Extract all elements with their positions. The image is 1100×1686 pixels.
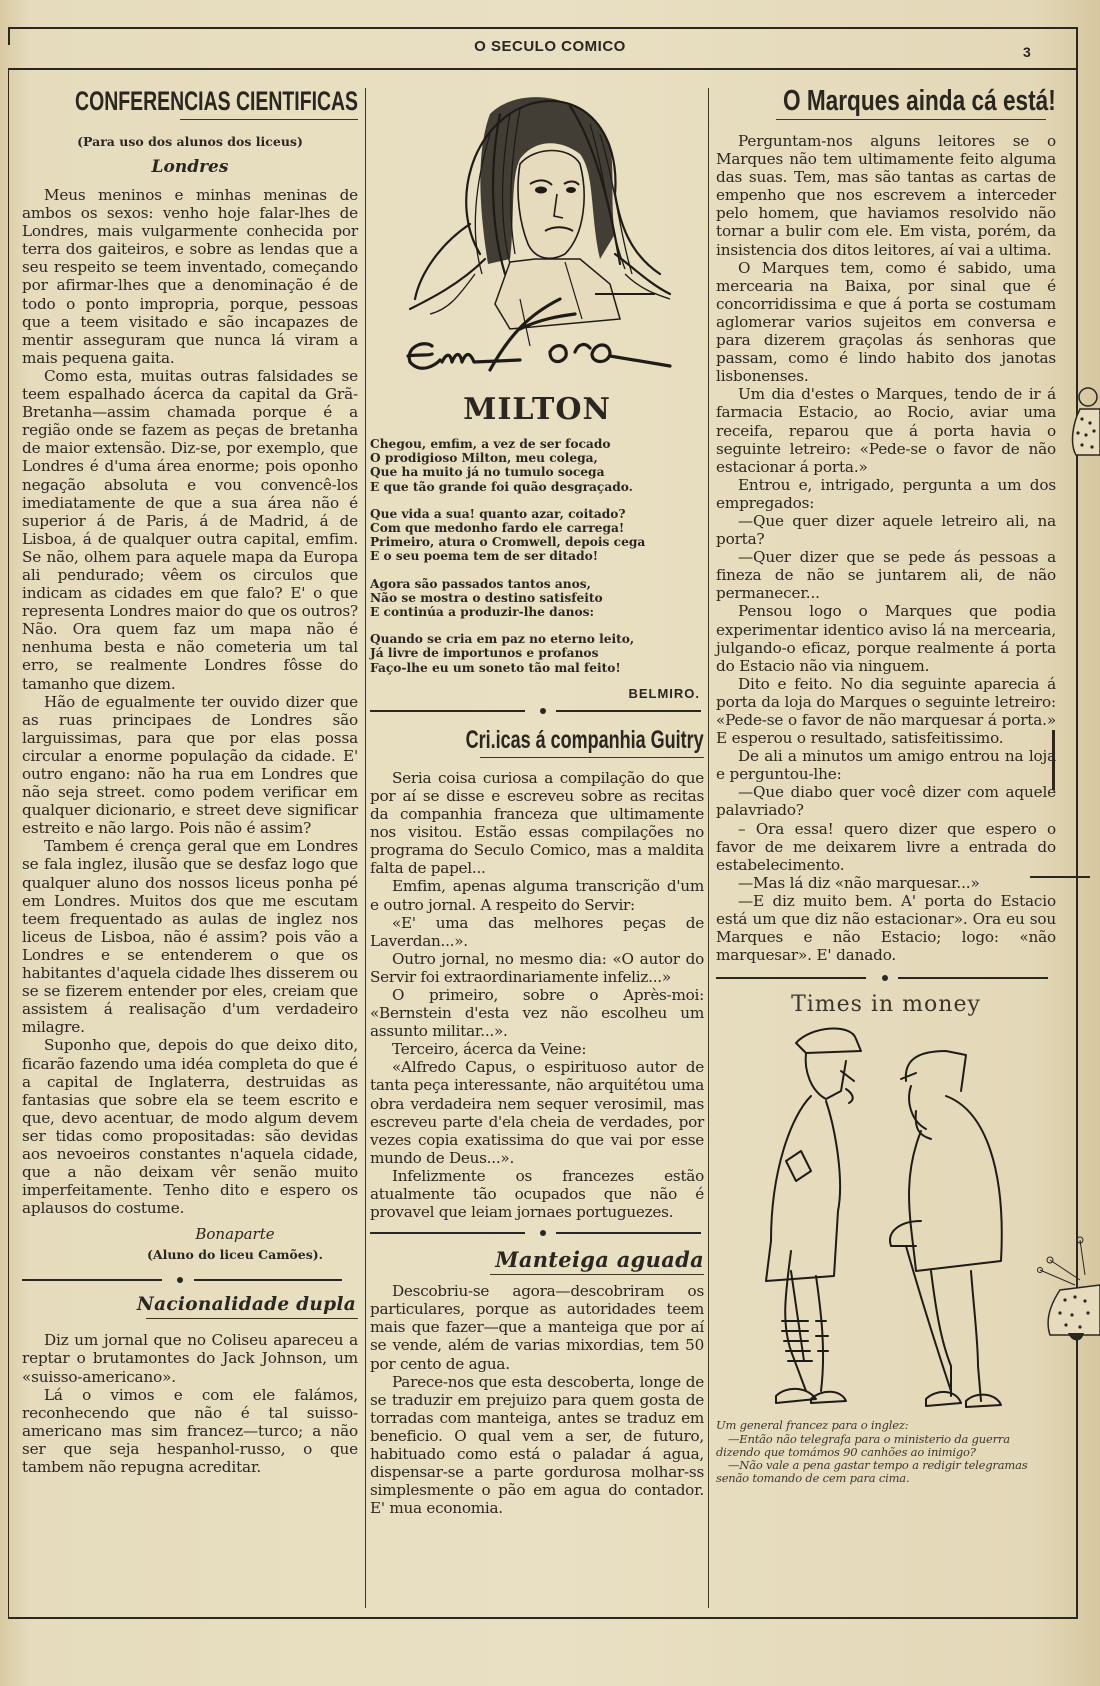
article-signature: Bonaparte bbox=[22, 1225, 358, 1243]
nacionalidade-body: Diz um jornal que no Coliseu apareceu a … bbox=[22, 1331, 358, 1476]
poem-line: O prodigioso Milton, meu colega, bbox=[370, 451, 704, 465]
column-divider-right bbox=[708, 88, 709, 1608]
ornament-divider bbox=[716, 974, 1056, 982]
poem-title: MILTON bbox=[370, 392, 704, 427]
heading-underline bbox=[480, 757, 704, 758]
margin-mark bbox=[1030, 876, 1090, 878]
cartoon-drawing-icon bbox=[716, 1021, 1056, 1421]
paragraph: – Ora essa! quero dizer que espero o fav… bbox=[716, 820, 1056, 874]
paragraph: Seria coisa curiosa a compilação do que … bbox=[370, 769, 704, 878]
cartoon-caption: Um general francez para o inglez: —Então… bbox=[716, 1419, 1056, 1485]
page-number: 3 bbox=[1023, 44, 1031, 60]
paragraph: Dito e feito. No dia seguinte aparecia á… bbox=[716, 675, 1056, 747]
conferencias-subtitle: (Para uso dos alunos dos liceus) bbox=[22, 134, 358, 149]
poem-stanza: Chegou, emfim, a vez de ser focado O pro… bbox=[370, 437, 704, 494]
poem-line: Primeiro, atura o Cromwell, depois cega bbox=[370, 535, 704, 549]
paragraph: Parece-nos que esta descoberta, longe de… bbox=[370, 1373, 704, 1518]
margin-doll-illustration-bottom bbox=[1030, 1235, 1100, 1345]
heading-underline bbox=[490, 1274, 704, 1275]
column-divider-left bbox=[365, 88, 366, 1608]
signature-note: (Aluno do liceu Camões). bbox=[22, 1247, 358, 1262]
paragraph: «E' uma das melhores peças de Laverdan..… bbox=[370, 914, 704, 950]
margin-mark bbox=[1052, 730, 1055, 790]
frame-left bbox=[8, 70, 9, 1618]
paragraph: Terceiro, ácerca da Veine: bbox=[370, 1040, 704, 1058]
poem-line: E continúa a produzir-lhe danos: bbox=[370, 605, 704, 619]
paragraph: Meus meninos e minhas meninas de ambos o… bbox=[22, 186, 358, 367]
paragraph: Pensou logo o Marques que podia experime… bbox=[716, 602, 1056, 674]
middle-column: MILTON Chegou, emfim, a vez de ser focad… bbox=[370, 84, 704, 1517]
poem-line: Chegou, emfim, a vez de ser focado bbox=[370, 437, 704, 451]
poem-line: Que vida a sua! quanto azar, coitado? bbox=[370, 507, 704, 521]
paragraph: De ali a minutos um amigo entrou na loja… bbox=[716, 747, 1056, 783]
heading-underline bbox=[180, 119, 358, 120]
poem-stanza: Quando se cria em paz no eterno leito, J… bbox=[370, 632, 704, 675]
cartoon-title: Times in money bbox=[716, 992, 1056, 1017]
caption-line: —Não vale a pena gastar tempo a redigir … bbox=[716, 1459, 1044, 1485]
paragraph: Perguntam-nos alguns leitores se o Marqu… bbox=[716, 132, 1056, 259]
milton-poem: Chegou, emfim, a vez de ser focado O pro… bbox=[370, 437, 704, 675]
paragraph: Diz um jornal que no Coliseu apareceu a … bbox=[22, 1331, 358, 1385]
ornament-divider bbox=[370, 1229, 704, 1237]
heading-underline bbox=[146, 1318, 358, 1319]
paragraph: Outro jornal, no mesmo dia: «O autor do … bbox=[370, 950, 704, 986]
poem-line: Agora são passados tantos anos, bbox=[370, 577, 704, 591]
ornament-divider bbox=[370, 707, 704, 715]
poem-line: E o seu poema tem de ser ditado! bbox=[370, 549, 704, 563]
paragraph: Tambem é crença geral que em Londres se … bbox=[22, 837, 358, 1036]
header-bottom-rule bbox=[8, 68, 1076, 70]
manteiga-body: Descobriu-se agora—descobriram os partic… bbox=[370, 1282, 704, 1517]
caption-line: —Então não telegrafa para o ministerio d… bbox=[716, 1433, 1044, 1459]
paragraph: —Que quer dizer aquele letreiro ali, na … bbox=[716, 512, 1056, 548]
header-top-rule bbox=[8, 27, 1076, 29]
poem-line: Faço-lhe eu um soneto tão mal feito! bbox=[370, 661, 704, 675]
paragraph: O Marques tem, como é sabido, uma mercea… bbox=[716, 259, 1056, 386]
poem-line: E que tão grande foi quão desgraçado. bbox=[370, 480, 704, 494]
conferencias-heading: CONFERENCIAS CIENTIFICAS bbox=[75, 86, 358, 116]
times-in-money-cartoon bbox=[716, 1021, 1056, 1421]
newspaper-page: O SECULO COMICO 3 CONFERENCIAS CIENTIFIC… bbox=[0, 0, 1100, 1686]
doll-figure-icon bbox=[1070, 385, 1100, 465]
masthead-title: O SECULO COMICO bbox=[0, 38, 1100, 55]
marques-article-body: Perguntam-nos alguns leitores se o Marqu… bbox=[716, 132, 1056, 964]
manteiga-heading: Manteiga aguada bbox=[370, 1247, 704, 1272]
left-column: CONFERENCIAS CIENTIFICAS (Para uso dos a… bbox=[22, 84, 358, 1476]
londres-title: Londres bbox=[22, 157, 358, 177]
poem-line: Não se mostra o destino satisfeito bbox=[370, 591, 704, 605]
milton-portrait-illustration bbox=[370, 84, 704, 394]
paragraph: —E diz muito bem. A' porta do Estacio es… bbox=[716, 892, 1056, 964]
paragraph: Hão de egualmente ter ouvido dizer que a… bbox=[22, 693, 358, 838]
critics-heading: Cri.icas á companhia Guitry bbox=[466, 725, 704, 755]
londres-article-body: Meus meninos e minhas meninas de ambos o… bbox=[22, 186, 358, 1217]
marques-heading: O Marques ainda cá está! bbox=[783, 86, 1056, 116]
paragraph: Lá o vimos e com ele falámos, reconhecen… bbox=[22, 1386, 358, 1476]
paragraph: —Que diabo quer você dizer com aquele pa… bbox=[716, 783, 1056, 819]
doll-figure-icon bbox=[1030, 1235, 1100, 1345]
nacionalidade-heading: Nacionalidade dupla bbox=[22, 1294, 358, 1315]
paragraph: Um dia d'estes o Marques, tendo de ir á … bbox=[716, 385, 1056, 475]
portrait-drawing-icon bbox=[370, 84, 704, 384]
paragraph: —Quer dizer que se pede ás pessoas a fin… bbox=[716, 548, 1056, 602]
paragraph: Como esta, muitas outras falsidades se t… bbox=[22, 367, 358, 693]
paragraph: O primeiro, sobre o Après-moi: «Bernstei… bbox=[370, 986, 704, 1040]
poem-stanza: Que vida a sua! quanto azar, coitado? Co… bbox=[370, 507, 704, 564]
paragraph: —Mas lá diz «não marquesar...» bbox=[716, 874, 1056, 892]
paragraph: Suponho que, depois do que deixo dito, f… bbox=[22, 1036, 358, 1217]
poem-author: BELMIRO. bbox=[370, 686, 704, 701]
paragraph: Descobriu-se agora—descobriram os partic… bbox=[370, 1282, 704, 1372]
frame-right bbox=[1076, 27, 1078, 1617]
paragraph: Infelizmente os francezes estão atualmen… bbox=[370, 1167, 704, 1221]
ornament-divider bbox=[22, 1276, 358, 1284]
poem-stanza: Agora são passados tantos anos, Não se m… bbox=[370, 577, 704, 620]
right-column: O Marques ainda cá está! Perguntam-nos a… bbox=[716, 84, 1056, 1485]
poem-line: Quando se cria em paz no eterno leito, bbox=[370, 632, 704, 646]
margin-doll-illustration-top bbox=[1070, 385, 1100, 465]
critics-body: Seria coisa curiosa a compilação do que … bbox=[370, 769, 704, 1221]
paragraph: «Alfredo Capus, o espirituoso autor de t… bbox=[370, 1058, 704, 1167]
heading-underline bbox=[776, 119, 1046, 120]
poem-line: Já livre de importunos e profanos bbox=[370, 646, 704, 660]
poem-line: Com que medonho fardo ele carrega! bbox=[370, 521, 704, 535]
frame-bottom bbox=[8, 1617, 1078, 1619]
paragraph: Emfim, apenas alguma transcrição d'um e … bbox=[370, 877, 704, 913]
paragraph: Entrou e, intrigado, pergunta a um dos e… bbox=[716, 476, 1056, 512]
poem-line: Que ha muito já no tumulo socega bbox=[370, 465, 704, 479]
